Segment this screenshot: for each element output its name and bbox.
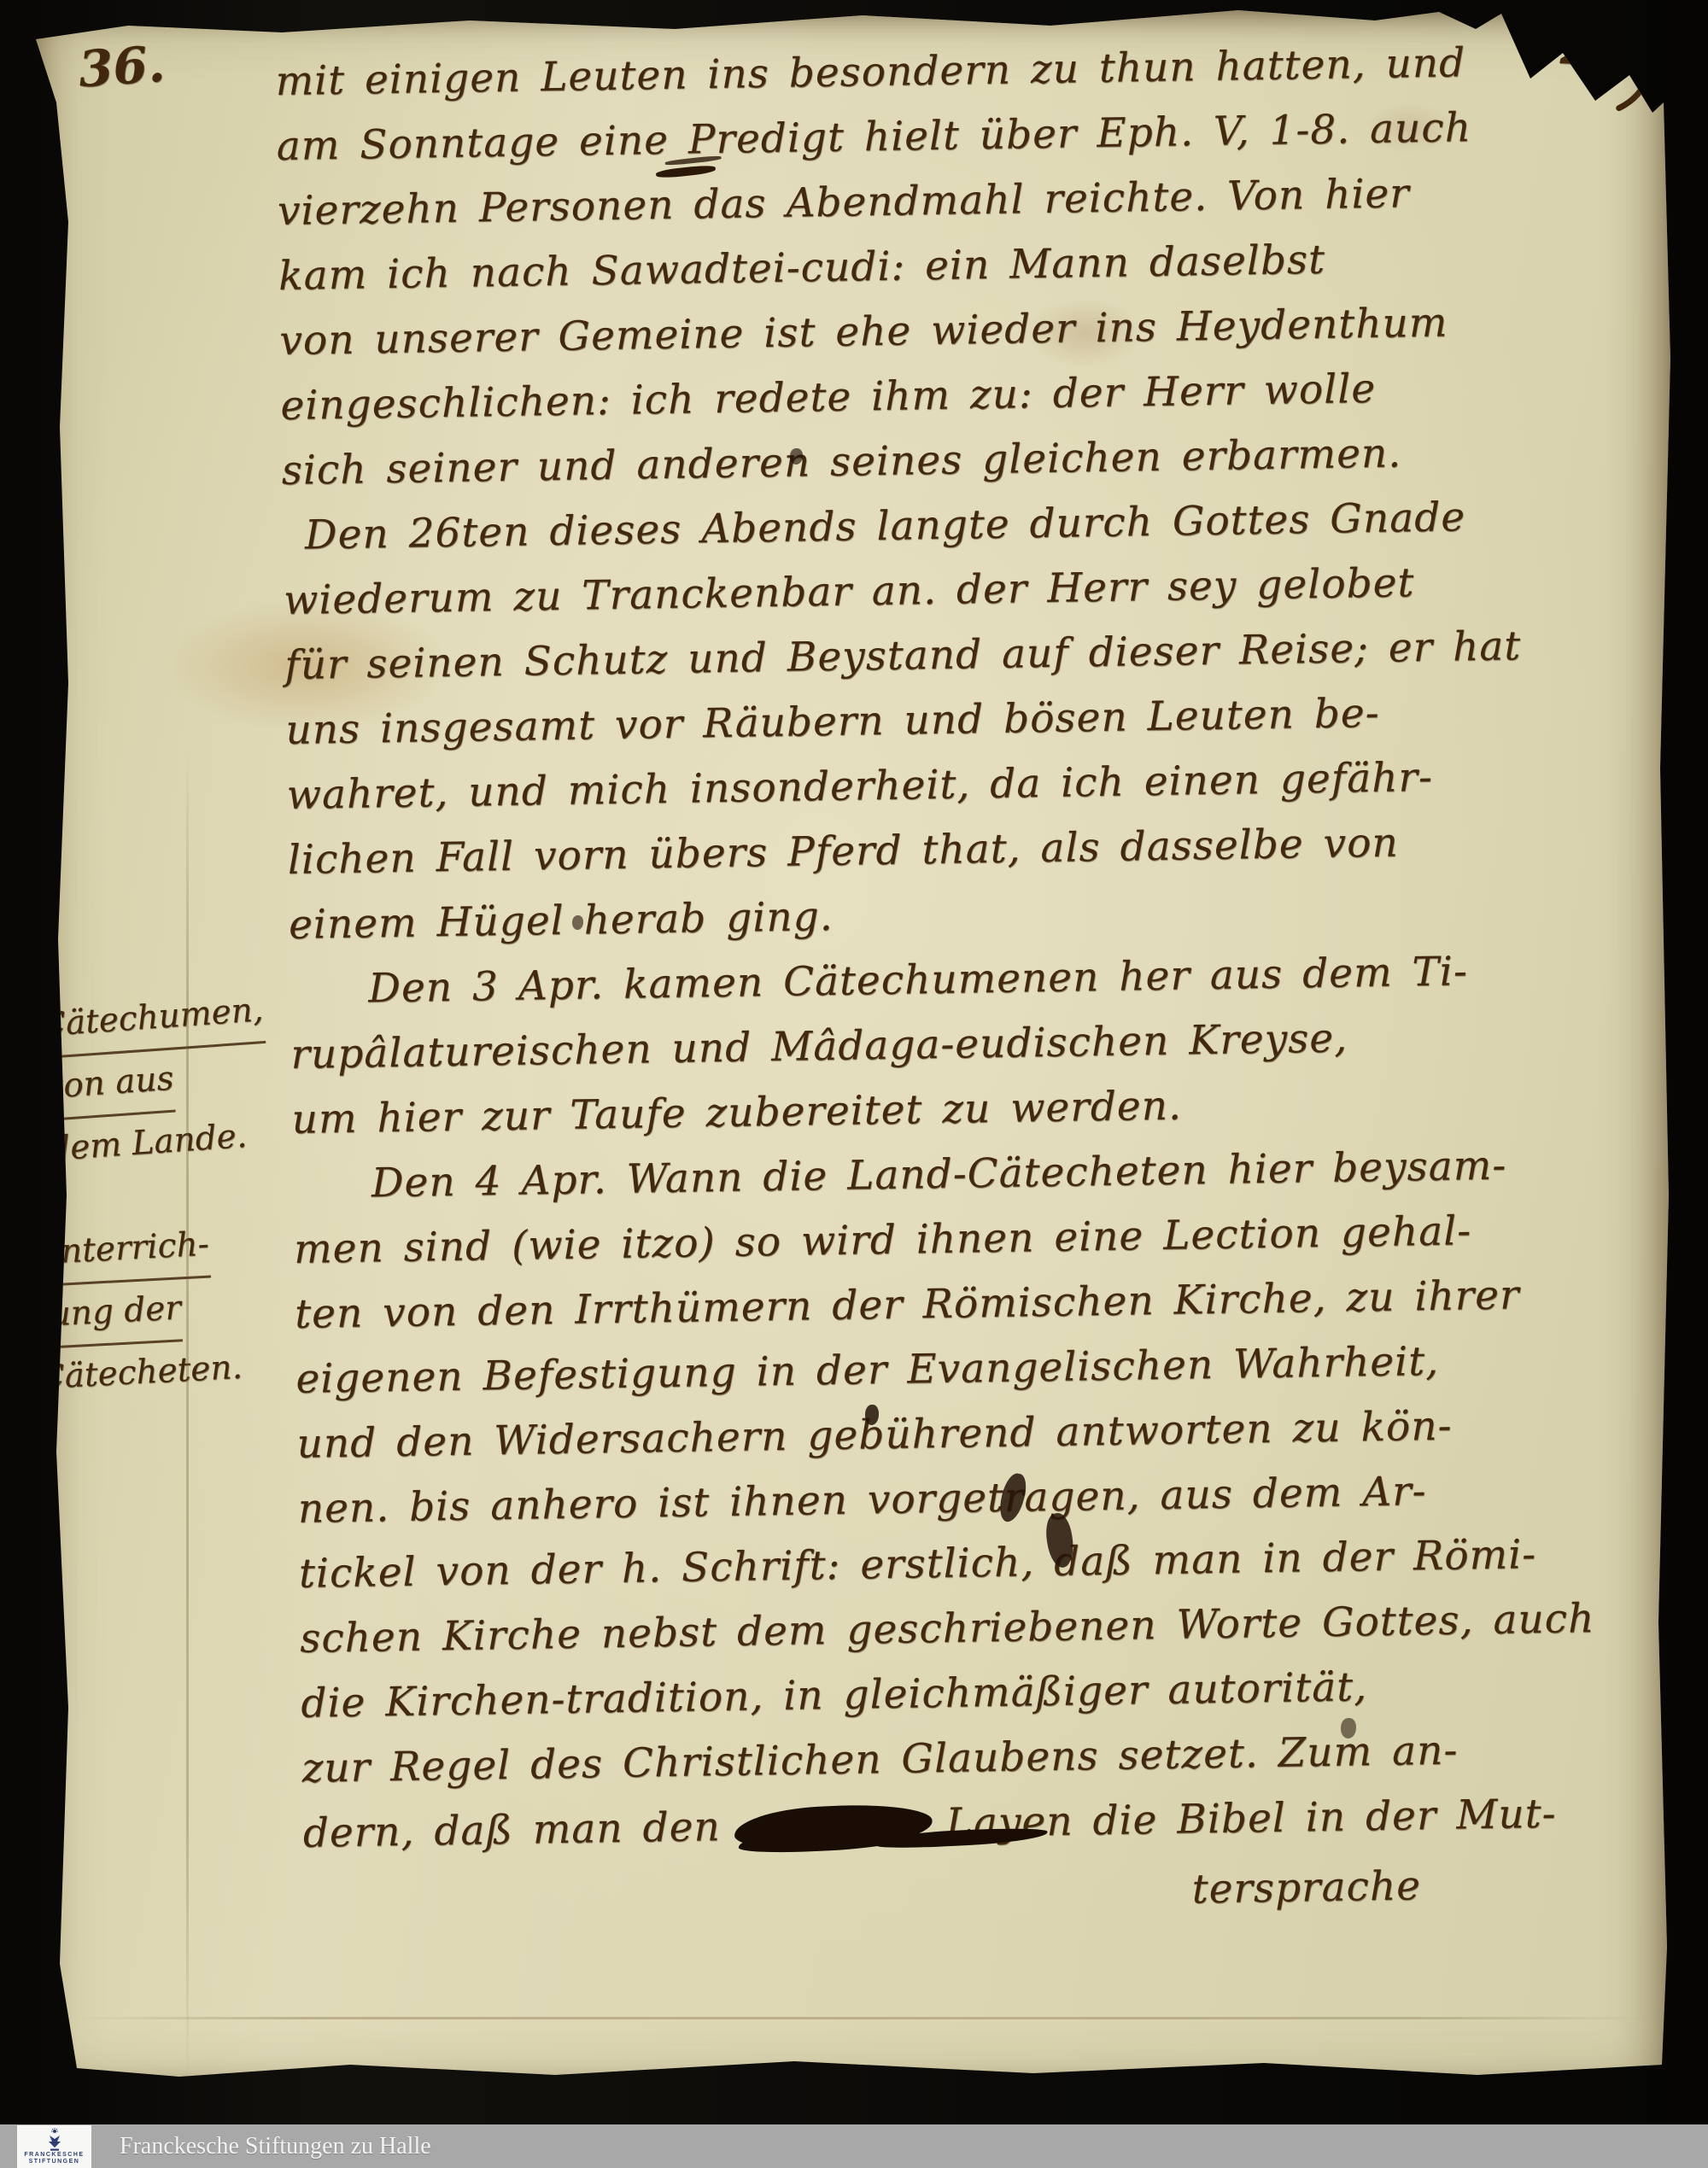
margin-note-line: Cätechumen, <box>38 981 266 1059</box>
logo-text-line1: FRANCKESCHE <box>24 2152 84 2159</box>
margin-note-line: Unterrich- <box>32 1216 211 1288</box>
ink-deletion-blot <box>734 1801 933 1854</box>
paper-crease-horizontal <box>77 2017 1648 2019</box>
institution-logo: FRANCKESCHE STIFTUNGEN <box>17 2125 91 2168</box>
margin-note-line: tung der <box>34 1279 183 1349</box>
institution-name: Franckesche Stiftungen zu Halle <box>120 2124 431 2168</box>
logo-text-line2: STIFTUNGEN <box>29 2159 80 2165</box>
manuscript-page: 36. 20 mit einigen Leuten ins besondern … <box>26 0 1678 2102</box>
margin-note-line: Cätecheten. <box>38 1339 243 1407</box>
eagle-sun-emblem-icon <box>44 2128 66 2152</box>
text-before-deletion: dern, daß man den <box>302 1795 721 1867</box>
viewer-footer-bar: FRANCKESCHE STIFTUNGEN Franckesche Stift… <box>0 2124 1708 2168</box>
margin-note-instruction: Unterrich- tung der Cätecheten. <box>32 1214 244 1407</box>
paper-crease-vertical <box>186 751 189 2083</box>
margin-note-catechumens: Cätechumen, von aus dem Lande. <box>38 981 274 1179</box>
scan-viewer: 36. 20 mit einigen Leuten ins besondern … <box>0 0 1708 2168</box>
manuscript-text: mit einigen Leuten ins besondern zu thun… <box>275 28 1678 1937</box>
text-after-deletion: Layen die Bibel in der Mut- <box>945 1782 1557 1856</box>
margin-note-line: von aus <box>43 1050 176 1121</box>
folio-number: 36. <box>77 35 167 99</box>
